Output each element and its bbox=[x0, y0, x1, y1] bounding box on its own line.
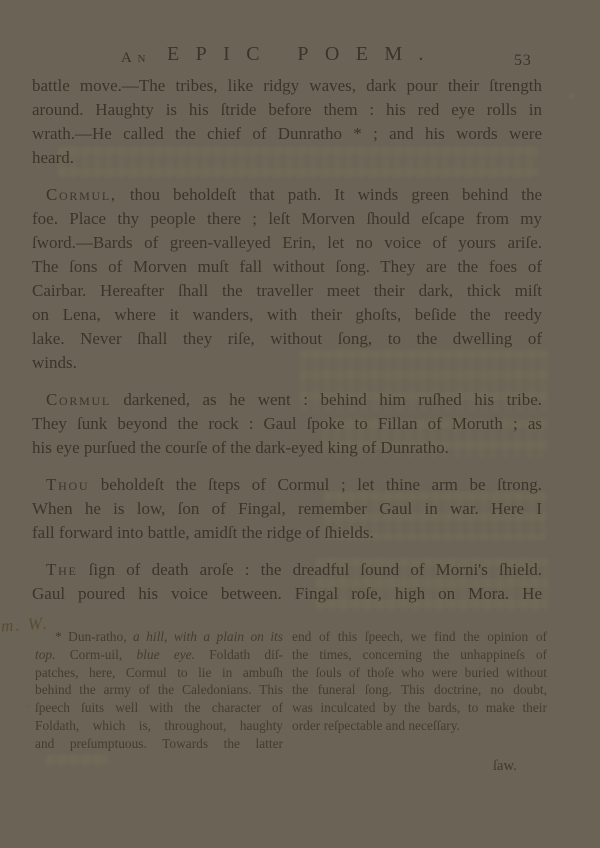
text-run: * Dun-ratho, bbox=[55, 629, 133, 644]
small-caps-word: The bbox=[46, 560, 77, 579]
text-run: Corm-uil, bbox=[55, 647, 136, 662]
text-run: the funeral ſong. This doctrine, no doub… bbox=[292, 682, 547, 697]
catchword: ſaw. bbox=[493, 758, 517, 775]
text-line: * Dun-ratho, a hill, with a plain on its bbox=[35, 628, 283, 646]
small-caps-word: Cormul bbox=[46, 390, 111, 409]
text-run: Foldath diſ- bbox=[195, 647, 283, 662]
text-run: The ſons of Morven muſt fall without ſon… bbox=[32, 257, 542, 276]
text-line: ſword.—Bards of green-valleyed Erin, let… bbox=[32, 231, 542, 255]
italic-phrase: top. bbox=[35, 647, 55, 662]
italic-phrase: blue eye. bbox=[136, 647, 195, 662]
text-line: his eye purſued the courſe of the dark-e… bbox=[32, 436, 542, 460]
paragraph: Cormul darkened, as he went : behind him… bbox=[32, 388, 542, 460]
text-line: behind the army of the Caledonians. This bbox=[35, 681, 283, 699]
text-line: order reſpectable and neceſſary. bbox=[292, 717, 547, 735]
text-line: The ſons of Morven muſt fall without ſon… bbox=[32, 255, 542, 279]
text-run: patches, here, Cormul to lie in ambuſh bbox=[35, 665, 283, 680]
book-page-scan: An EPIC POEM. 53 battle move.—The tribes… bbox=[0, 0, 600, 848]
text-line: around. Haughty is his ſtride before the… bbox=[32, 98, 542, 122]
paragraph: The ſign of death aroſe : the dreadful ſ… bbox=[32, 558, 542, 606]
paragraph: Cormul, thou beholdeſt that path. It win… bbox=[32, 183, 542, 375]
page-number: 53 bbox=[514, 52, 532, 70]
text-line: lake. Never ſhall they riſe, without ſon… bbox=[32, 327, 542, 351]
text-run: foe. Place thy people there ; leſt Morve… bbox=[32, 209, 542, 228]
text-line: the times, concerning the unhappineſs of bbox=[292, 646, 547, 664]
text-run: order reſpectable and neceſſary. bbox=[292, 718, 460, 733]
text-line: was inculcated by the bards, to make the… bbox=[292, 699, 547, 717]
text-line: and preſumptuous. Towards the latter bbox=[35, 735, 283, 753]
text-run: behind the army of the Caledonians. This bbox=[35, 682, 283, 697]
text-run: on Lena, where it wanders, with their gh… bbox=[32, 305, 542, 324]
text-line: They ſunk beyond the rock : Gaul ſpoke t… bbox=[32, 412, 542, 436]
text-run: Foldath, which is, throughout, haughty bbox=[35, 718, 283, 733]
text-run: Gaul poured his voice between. Fingal ro… bbox=[32, 584, 542, 603]
text-line: battle move.—The tribes, like ridgy wave… bbox=[32, 74, 542, 98]
text-line: The ſign of death aroſe : the dreadful ſ… bbox=[32, 558, 542, 582]
text-run: ſpeech ſuits well with the character of bbox=[35, 700, 283, 715]
text-run: was inculcated by the bards, to make the… bbox=[292, 700, 547, 715]
text-run: winds. bbox=[32, 353, 77, 372]
text-run: around. Haughty is his ſtride before the… bbox=[32, 100, 542, 119]
paragraph: battle move.—The tribes, like ridgy wave… bbox=[32, 74, 542, 170]
text-line: fall forward into battle, amidſt the rid… bbox=[32, 521, 542, 545]
paragraph: Thou beholdeſt the ſteps of Cormul ; let… bbox=[32, 473, 542, 545]
text-line: on Lena, where it wanders, with their gh… bbox=[32, 303, 542, 327]
text-line: Cormul darkened, as he went : behind him… bbox=[32, 388, 542, 412]
text-line: Foldath, which is, throughout, haughty bbox=[35, 717, 283, 735]
text-line: Thou beholdeſt the ſteps of Cormul ; let… bbox=[32, 473, 542, 497]
text-line: top. Corm-uil, blue eye. Foldath diſ- bbox=[35, 646, 283, 664]
footnote-column-right: end of this ſpeech, we find the opinion … bbox=[292, 628, 547, 753]
text-line: the funeral ſong. This doctrine, no doub… bbox=[292, 681, 547, 699]
text-run: thou beholdeſt that path. It winds green… bbox=[117, 185, 542, 204]
text-line: Cairbar. Hereafter ſhall the traveller m… bbox=[32, 279, 542, 303]
page-title: EPIC POEM. bbox=[167, 43, 440, 66]
body-text: battle move.—The tribes, like ridgy wave… bbox=[32, 74, 542, 619]
text-line: ſpeech ſuits well with the character of bbox=[35, 699, 283, 717]
footnote-column-left: * Dun-ratho, a hill, with a plain on its… bbox=[35, 628, 283, 753]
text-run: his eye purſued the courſe of the dark-e… bbox=[32, 438, 449, 457]
small-caps-word: Cormul, bbox=[46, 185, 117, 204]
margin-asterisk-mark: * bbox=[25, 701, 31, 716]
text-run: darkened, as he went : behind him ruſhed… bbox=[111, 390, 542, 409]
small-caps-word: Thou bbox=[46, 475, 89, 494]
text-run: fall forward into battle, amidſt the rid… bbox=[32, 523, 374, 542]
text-run: battle move.—The tribes, like ridgy wave… bbox=[32, 76, 542, 95]
header-article: An bbox=[121, 50, 151, 67]
text-line: end of this ſpeech, we find the opinion … bbox=[292, 628, 547, 646]
text-line: heard. bbox=[32, 146, 542, 170]
text-run: Cairbar. Hereafter ſhall the traveller m… bbox=[32, 281, 542, 300]
text-run: wrath.—He called the chief of Dunratho *… bbox=[32, 124, 542, 143]
italic-phrase: a hill, with a plain on its bbox=[133, 629, 283, 644]
text-run: the times, concerning the unhappineſs of bbox=[292, 647, 547, 662]
footnote: * Dun-ratho, a hill, with a plain on its… bbox=[35, 628, 547, 753]
text-line: Cormul, thou beholdeſt that path. It win… bbox=[32, 183, 542, 207]
text-run: end of this ſpeech, we find the opinion … bbox=[292, 629, 547, 644]
ink-specks bbox=[0, 0, 1, 1]
text-run: beholdeſt the ſteps of Cormul ; let thin… bbox=[89, 475, 542, 494]
text-line: foe. Place thy people there ; leſt Morve… bbox=[32, 207, 542, 231]
text-run: When he is low, ſon of Fingal, remember … bbox=[32, 499, 542, 518]
text-line: Gaul poured his voice between. Fingal ro… bbox=[32, 582, 542, 606]
text-run: ſword.—Bards of green-valleyed Erin, let… bbox=[32, 233, 542, 252]
bleedthrough-smudge bbox=[46, 755, 108, 768]
text-line: wrath.—He called the chief of Dunratho *… bbox=[32, 122, 542, 146]
text-run: They ſunk beyond the rock : Gaul ſpoke t… bbox=[32, 414, 542, 433]
text-run: heard. bbox=[32, 148, 74, 167]
text-line: the ſouls of thoſe who were buried witho… bbox=[292, 664, 547, 682]
text-line: When he is low, ſon of Fingal, remember … bbox=[32, 497, 542, 521]
footnote-paragraph: * Dun-ratho, a hill, with a plain on its… bbox=[35, 628, 283, 753]
text-run: the ſouls of thoſe who were buried witho… bbox=[292, 665, 547, 680]
text-run: ſign of death aroſe : the dreadful ſound… bbox=[77, 560, 542, 579]
text-run: and preſumptuous. Towards the latter bbox=[35, 736, 283, 751]
footnote-paragraph: end of this ſpeech, we find the opinion … bbox=[292, 628, 547, 735]
text-line: patches, here, Cormul to lie in ambuſh bbox=[35, 664, 283, 682]
text-run: lake. Never ſhall they riſe, without ſon… bbox=[32, 329, 542, 348]
text-line: winds. bbox=[32, 351, 542, 375]
